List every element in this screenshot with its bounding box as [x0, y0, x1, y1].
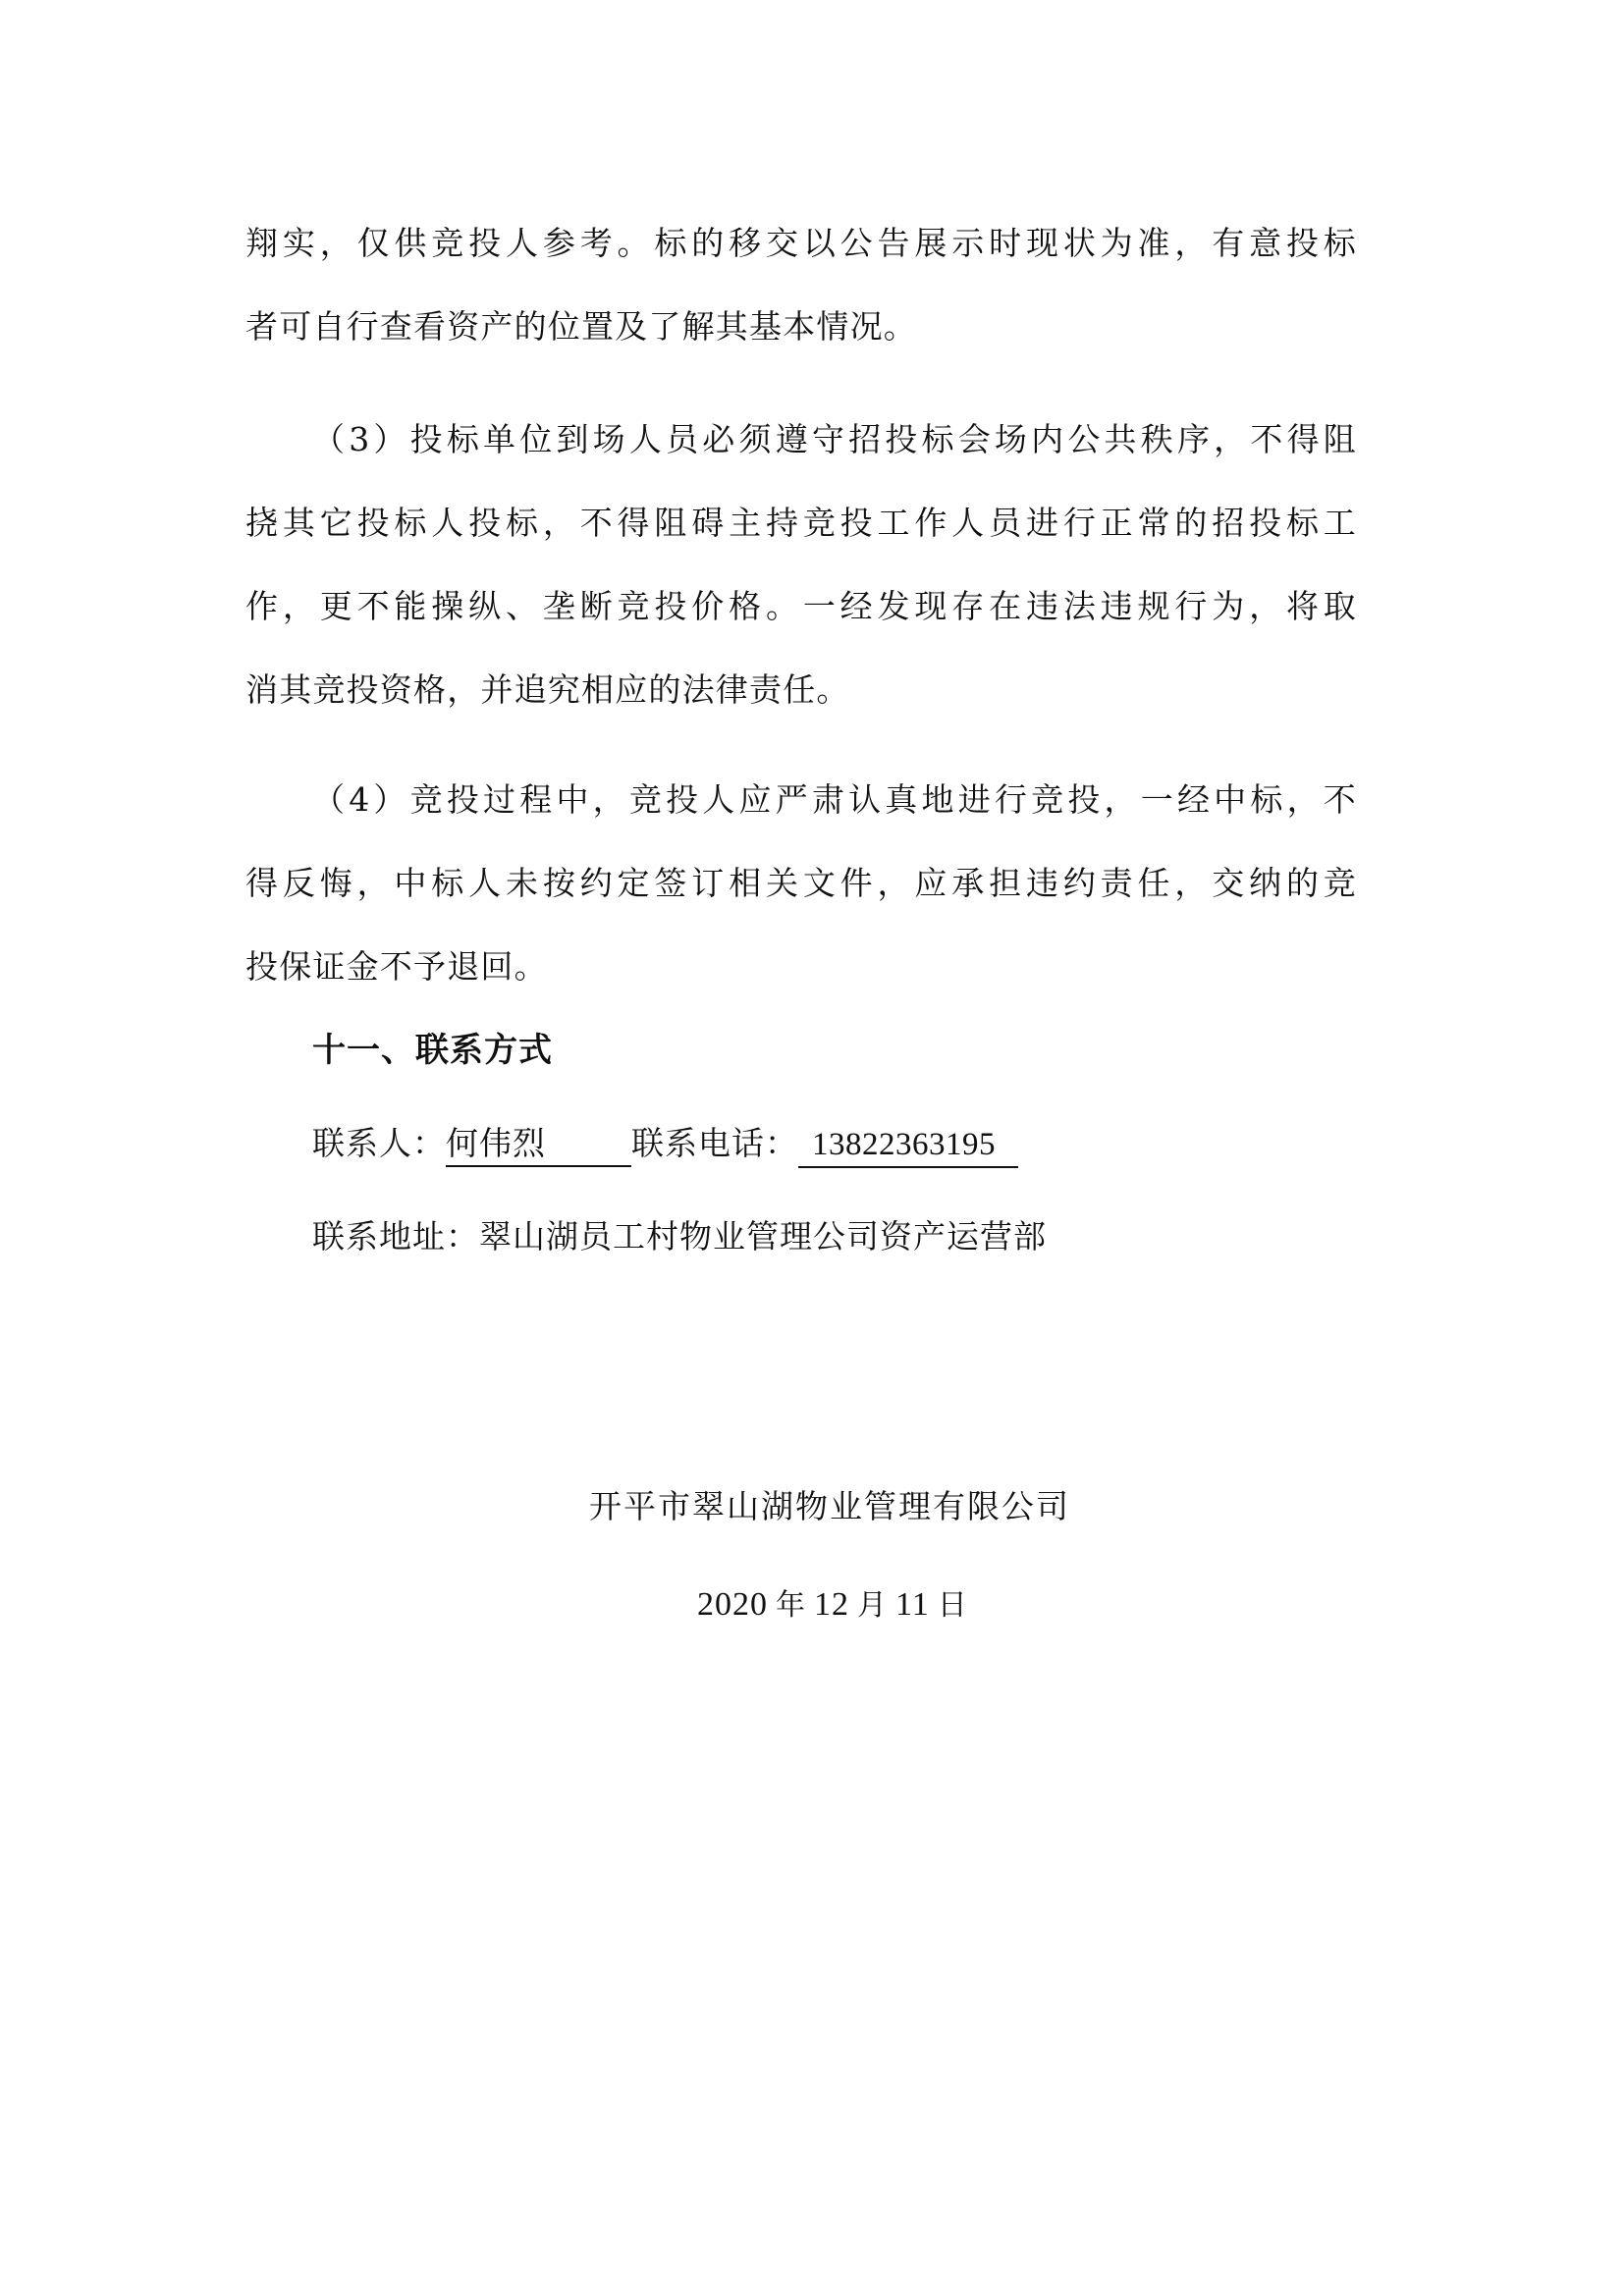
contact-address-label: 联系地址： [312, 1217, 479, 1255]
document-page: 翔实，仅供竞投人参考。标的移交以公告展示时现状为准，有意投标 者可自行查看资产的… [0, 0, 1624, 2296]
contact-person-value: 何伟烈 [446, 1122, 631, 1167]
paragraph-line: （3）投标单位到场人员必须遵守招投标会场内公共秩序，不得阻 [245, 398, 1357, 481]
signature-date: 2020年12月11日 [697, 1575, 976, 1635]
date-year-unit: 年 [776, 1576, 806, 1635]
paragraph-line: 翔实，仅供竞投人参考。标的移交以公告展示时现状为准，有意投标 [245, 201, 1357, 285]
paragraph-line: 作，更不能操纵、垄断竞投价格。一经发现存在违法违规行为，将取 [245, 564, 1357, 648]
contact-phone-label: 联系电话： [631, 1124, 798, 1162]
paragraph-line: 投保证金不予退回。 [245, 925, 1357, 1008]
paragraph-item-4-bidding: （4）竞投过程中，竞投人应严肃认真地进行竞投，一经中标，不 得反悔，中标人未按约… [245, 758, 1357, 1008]
paragraph-line: 得反悔，中标人未按约定签订相关文件，应承担违约责任，交纳的竞 [245, 841, 1357, 925]
date-day-unit: 日 [938, 1576, 968, 1635]
date-month-unit: 月 [857, 1576, 888, 1635]
paragraph-item-3-order: （3）投标单位到场人员必须遵守招投标会场内公共秩序，不得阻 挠其它投标人投标，不… [245, 398, 1357, 731]
signature-company: 开平市翠山湖物业管理有限公司 [589, 1477, 1108, 1536]
paragraph-line: 挠其它投标人投标，不得阻碍主持竞投工作人员进行正常的招投标工 [245, 481, 1357, 564]
date-day: 11 [895, 1575, 930, 1634]
paragraph-line: （4）竞投过程中，竞投人应严肃认真地进行竞投，一经中标，不 [245, 758, 1357, 841]
contact-person-label: 联系人： [312, 1124, 446, 1162]
section-heading-contact: 十一、联系方式 [312, 1021, 553, 1080]
date-month: 12 [814, 1575, 849, 1634]
date-year: 2020 [697, 1575, 768, 1634]
contact-phone-value: 13822363195 [798, 1123, 1018, 1168]
contact-address-value: 翠山湖员工村物业管理公司资产运营部 [479, 1217, 1047, 1255]
contact-address-line: 联系地址：翠山湖员工村物业管理公司资产运营部 [312, 1207, 1047, 1266]
contact-person-line: 联系人：何伟烈联系电话：13822363195 [312, 1114, 1018, 1173]
paragraph-bidder-reference: 翔实，仅供竞投人参考。标的移交以公告展示时现状为准，有意投标 者可自行查看资产的… [245, 201, 1357, 368]
paragraph-line: 消其竞投资格，并追究相应的法律责任。 [245, 648, 1357, 731]
paragraph-line: 者可自行查看资产的位置及了解其基本情况。 [245, 285, 1357, 368]
